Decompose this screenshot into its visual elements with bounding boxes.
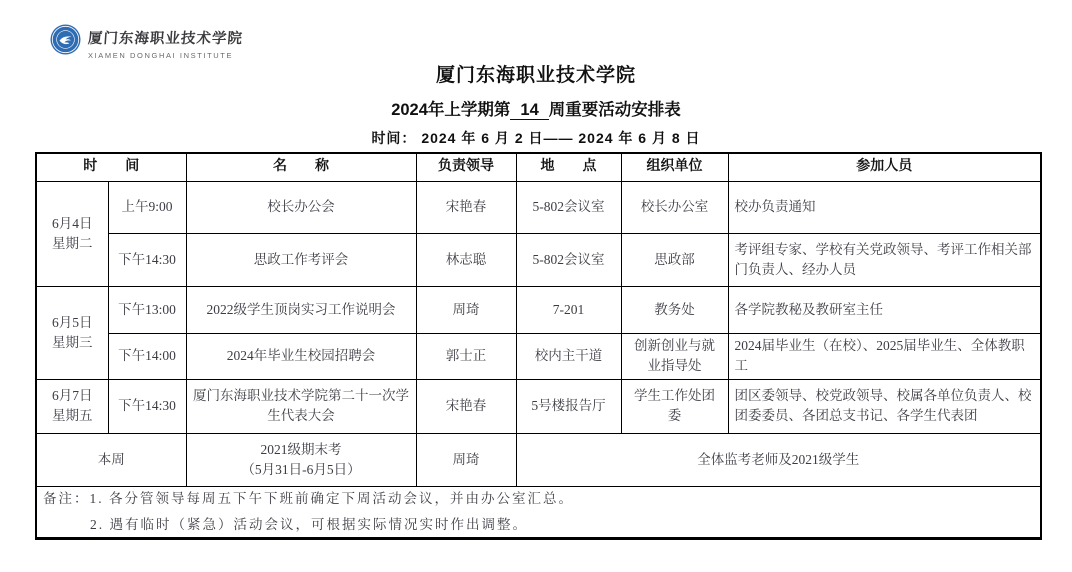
table-row: 6月7日 星期五 下午14:30 厦门东海职业技术学院第二十一次学生代表大会 宋… [36,379,1041,433]
subtitle-suffix: 周重要活动安排表 [549,101,681,119]
table-row: 本周 2021级期末考 （5月31日-6月5日） 周琦 全体监考老师及2021级… [36,433,1041,486]
header-name: 名 称 [186,153,416,181]
header-leader: 负责领导 [416,153,516,181]
table-header-row: 时 间 名 称 负责领导 地 点 组织单位 参加人员 [36,153,1041,181]
cell-name: 2022级学生顶岗实习工作说明会 [186,286,416,333]
document-page: 厦门东海职业技术学院 XIAMEN DONGHAI INSTITUTE 厦门东海… [0,0,1072,572]
cell-leader: 郭士正 [416,333,516,379]
header-time: 时 间 [36,153,186,181]
school-name-cn: 厦门东海职业技术学院 [87,27,243,48]
table-row: 下午14:30 思政工作考评会 林志聪 5-802会议室 思政部 考评组专家、学… [36,233,1041,286]
cell-date: 6月4日 星期二 [36,181,108,286]
week-number: 14 [510,101,548,120]
cell-location: 校内主干道 [516,333,621,379]
cell-organizer: 思政部 [621,233,728,286]
cell-organizer: 学生工作处团委 [621,379,728,433]
cell-name: 2021级期末考 （5月31日-6月5日） [186,433,416,486]
cell-time: 下午14:30 [108,233,186,286]
cell-participants: 2024届毕业生（在校）、2025届毕业生、全体教职工 [728,333,1041,379]
cell-location: 7-201 [516,286,621,333]
cell-organizer: 教务处 [621,286,728,333]
cell-name: 校长办公会 [186,181,416,233]
cell-leader: 宋艳春 [416,181,516,233]
cell-participants: 考评组专家、学校有关党政领导、考评工作相关部门负责人、经办人员 [728,233,1041,286]
header-organizer: 组织单位 [621,153,728,181]
cell-time: 下午13:00 [108,286,186,333]
cell-leader: 周琦 [416,433,516,486]
cell-organizer: 创新创业与就业指导处 [621,333,728,379]
note-line-2: 2. 遇有临时（紧急）活动会议，可根据实际情况实时作出调整。 [43,515,1034,535]
header-participants: 参加人员 [728,153,1041,181]
note-line-1: 备注：1. 各分管领导每周五下午下班前确定下周活动会议，并由办公室汇总。 [43,489,1034,509]
cell-participants: 团区委领导、校党政领导、校属各单位负责人、校团委委员、各团总支书记、各学生代表团 [728,379,1041,433]
table-row: 6月5日 星期三 下午13:00 2022级学生顶岗实习工作说明会 周琦 7-2… [36,286,1041,333]
cell-time: 上午9:00 [108,181,186,233]
school-logo-text: 厦门东海职业技术学院 XIAMEN DONGHAI INSTITUTE [88,24,243,60]
table-row: 下午14:00 2024年毕业生校园招聘会 郭士正 校内主干道 创新创业与就业指… [36,333,1041,379]
cell-name: 厦门东海职业技术学院第二十一次学生代表大会 [186,379,416,433]
notes-cell: 备注：1. 各分管领导每周五下午下班前确定下周活动会议，并由办公室汇总。 2. … [36,486,1041,538]
header-location: 地 点 [516,153,621,181]
cell-organizer: 校长办公室 [621,181,728,233]
cell-location: 5-802会议室 [516,181,621,233]
cell-leader: 周琦 [416,286,516,333]
cell-date: 6月5日 星期三 [36,286,108,379]
page-subtitle: 2024年上学期第14周重要活动安排表 [0,96,1072,120]
cell-location: 5-802会议室 [516,233,621,286]
cell-participants: 全体监考老师及2021级学生 [516,433,1041,486]
cell-location: 5号楼报告厅 [516,379,621,433]
cell-time: 下午14:30 [108,379,186,433]
page-title: 厦门东海职业技术学院 [0,60,1072,87]
notes-row: 备注：1. 各分管领导每周五下午下班前确定下周活动会议，并由办公室汇总。 2. … [36,486,1041,538]
schedule-table: 时 间 名 称 负责领导 地 点 组织单位 参加人员 6月4日 星期二 上午9:… [35,152,1042,540]
table-row: 6月4日 星期二 上午9:00 校长办公会 宋艳春 5-802会议室 校长办公室… [36,181,1041,233]
cell-name: 思政工作考评会 [186,233,416,286]
cell-leader: 宋艳春 [416,379,516,433]
cell-leader: 林志聪 [416,233,516,286]
school-name-en: XIAMEN DONGHAI INSTITUTE [88,51,243,60]
subtitle-prefix: 2024年上学期第 [391,101,510,119]
date-range-line: 时间： 2024 年 6 月 2 日—— 2024 年 6 月 8 日 [0,128,1072,148]
cell-participants: 各学院教秘及教研室主任 [728,286,1041,333]
school-logo: 厦门东海职业技术学院 XIAMEN DONGHAI INSTITUTE [50,24,243,60]
cell-time: 下午14:00 [108,333,186,379]
cell-time: 本周 [36,433,186,486]
cell-name: 2024年毕业生校园招聘会 [186,333,416,379]
cell-date: 6月7日 星期五 [36,379,108,433]
school-emblem-icon [50,24,81,55]
cell-participants: 校办负责通知 [728,181,1041,233]
